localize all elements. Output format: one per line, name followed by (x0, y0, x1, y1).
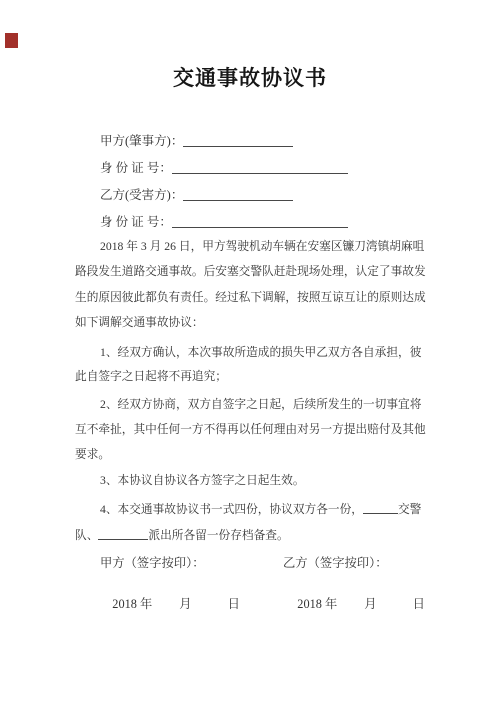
body-line: 4、本交通事故协议书一式四份，协议双方各一份，交警 (100, 501, 421, 517)
line-text: 派出所各留一份存档备查。 (148, 529, 288, 542)
body-line: 3、本协议自协议各方签字之日起生效。 (100, 473, 305, 488)
line-text: 3、本协议自协议各方签字之日起生效。 (100, 474, 305, 487)
body-line: 如下调解交通事故协议： (75, 315, 204, 330)
line-text: 交警 (398, 503, 421, 516)
form-label: 乙方(受害方)： (100, 185, 183, 203)
line-text: 此自签字之日起将不再追究； (75, 370, 227, 383)
line-text: 2、经双方协商，双方自签字之日起，后续所发生的一切事宜将 (100, 398, 421, 411)
line-text: 生的原因彼此都负有责任。经过私下调解，按照互谅互让的原则达成 (75, 291, 426, 304)
body-line: 互不牵扯，其中任何一方不得再以任何理由对另一方提出赔付及其他 (75, 422, 426, 437)
form-label: 身 份 证 号： (100, 212, 172, 230)
date-month: 月 (179, 597, 191, 611)
signature-label-party-b: 乙方（签字按印）： (283, 553, 388, 571)
line-text: 1、经双方确认，本次事故所造成的损失甲乙双方各自承担，彼 (100, 346, 421, 359)
date-day: 日 (413, 597, 425, 611)
body-line: 2、经双方协商，双方自签字之日起，后续所发生的一切事宜将 (100, 397, 421, 412)
line-text: 如下调解交通事故协议： (75, 316, 204, 329)
form-row-id-a: 身 份 证 号： (100, 158, 348, 176)
body-line: 生的原因彼此都负有责任。经过私下调解，按照互谅互让的原则达成 (75, 290, 426, 305)
date-year: 2018 年 (297, 597, 337, 611)
blank-underline (172, 214, 348, 228)
date-month: 月 (364, 597, 376, 611)
body-line: 2018 年 3 月 26 日，甲方驾驶机动车辆在安塞区镰刀湾镇胡麻咀 (100, 239, 424, 254)
line-text: 4、本交通事故协议书一式四份，协议双方各一份， (100, 503, 363, 516)
form-label: 甲方(肇事方)： (100, 131, 183, 149)
blank-underline (183, 187, 293, 201)
form-row-party-b: 乙方(受害方)： (100, 185, 293, 203)
body-line: 此自签字之日起将不再追究； (75, 369, 227, 384)
signature-label-party-a: 甲方（签字按印）： (100, 553, 205, 571)
blank-underline (172, 160, 348, 174)
red-corner-mark (5, 33, 18, 48)
body-line: 1、经双方确认，本次事故所造成的损失甲乙双方各自承担，彼 (100, 345, 421, 360)
body-line: 要求。 (75, 447, 110, 462)
signature-date-party-a: 2018 年月日 (100, 579, 240, 627)
body-line: 路段发生道路交通事故。后安塞交警队赶赴现场处理，认定了事故发 (75, 264, 426, 279)
form-row-party-a: 甲方(肇事方)： (100, 131, 293, 149)
document-page: 交通事故协议书 甲方(肇事方)： 身 份 证 号： 乙方(受害方)： 身 份 证… (0, 0, 500, 707)
line-text: 要求。 (75, 448, 110, 461)
form-label: 身 份 证 号： (100, 158, 172, 176)
blank-underline (363, 502, 398, 514)
line-text: 队、 (75, 529, 98, 542)
document-title: 交通事故协议书 (0, 62, 500, 92)
form-row-id-b: 身 份 证 号： (100, 212, 348, 230)
date-day: 日 (228, 597, 240, 611)
date-year: 2018 年 (112, 597, 152, 611)
body-line: 队、派出所各留一份存档备查。 (75, 527, 289, 543)
line-text: 路段发生道路交通事故。后安塞交警队赶赴现场处理，认定了事故发 (75, 265, 426, 278)
signature-date-party-b: 2018 年月日 (285, 579, 425, 627)
line-text: 互不牵扯，其中任何一方不得再以任何理由对另一方提出赔付及其他 (75, 423, 426, 436)
blank-underline (183, 133, 293, 147)
blank-underline (98, 528, 148, 540)
line-text: 2018 年 3 月 26 日，甲方驾驶机动车辆在安塞区镰刀湾镇胡麻咀 (100, 240, 424, 253)
